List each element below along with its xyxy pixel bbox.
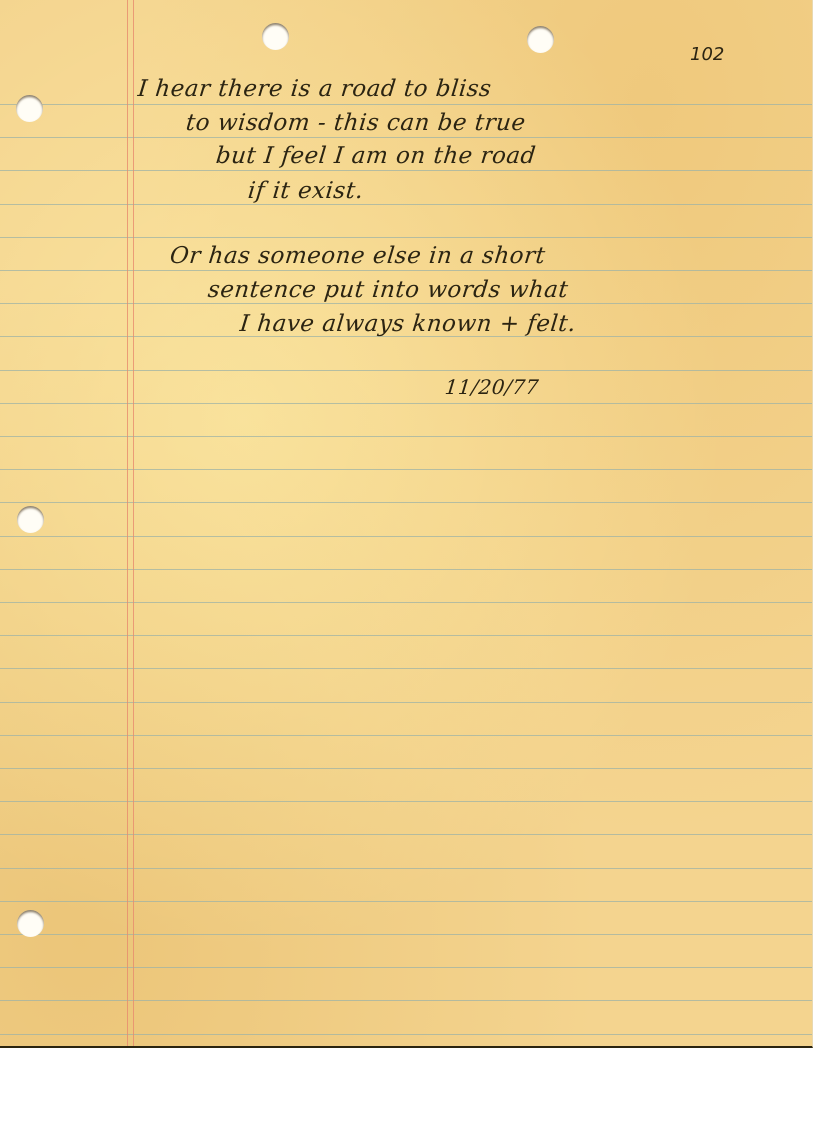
rule-line [0,602,812,603]
rule-line [0,967,812,968]
rule-line [0,502,812,503]
margin-line-right [133,0,134,1046]
rule-line [0,403,812,404]
handwritten-line: if it exist. [247,178,365,204]
handwritten-line: Or has someone else in a short [169,243,547,269]
rule-line [0,270,812,271]
rule-line [0,436,812,437]
rule-line [0,635,812,636]
rule-line [0,536,812,537]
date: 11/20/77 [444,375,540,399]
rule-line [0,1034,812,1035]
rule-line [0,204,812,205]
notebook-paper: 102 I hear there is a road to bliss to w… [0,0,813,1048]
punch-hole-top-right [527,26,554,53]
handwritten-line: sentence put into words what [207,277,570,303]
rule-line [0,137,812,138]
rule-line [0,469,812,470]
punch-hole-top-left [262,23,289,50]
rule-line [0,735,812,736]
rule-line [0,868,812,869]
rule-line [0,1000,812,1001]
rule-line [0,237,812,238]
punch-hole-left-middle [17,506,44,533]
rule-line [0,170,812,171]
rule-line [0,834,812,835]
rule-line [0,370,812,371]
punch-hole-left-top [16,95,43,122]
punch-hole-left-bottom [17,910,44,937]
rule-line [0,901,812,902]
page-number: 102 [690,44,724,65]
rule-line [0,303,812,304]
handwritten-line: I have always known + felt. [239,311,578,337]
handwritten-line: to wisdom - this can be true [185,110,527,136]
margin-line-left [127,0,128,1046]
rule-line [0,934,812,935]
rule-line [0,104,812,105]
rule-line [0,668,812,669]
rule-line [0,569,812,570]
handwritten-line: but I feel I am on the road [215,143,538,169]
handwritten-line: I hear there is a road to bliss [137,76,493,102]
rule-line [0,702,812,703]
rule-line [0,768,812,769]
rule-line [0,801,812,802]
